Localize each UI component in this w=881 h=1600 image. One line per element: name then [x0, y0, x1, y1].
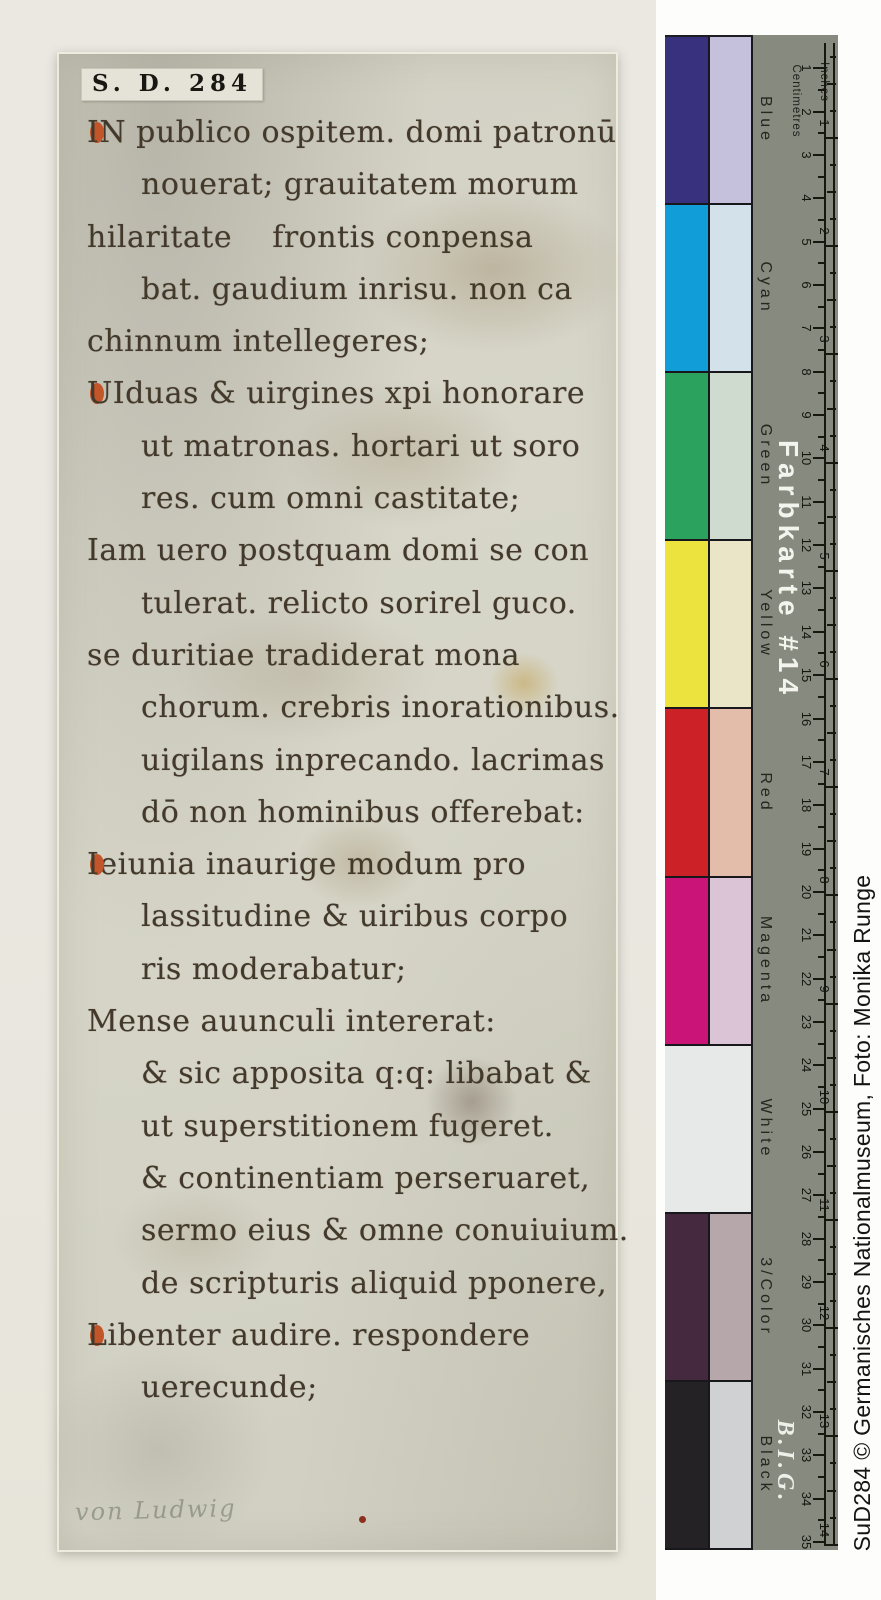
inch-tick	[827, 1165, 836, 1167]
manuscript-line: hilaritate frontis conpensa	[59, 212, 616, 264]
cm-tick	[813, 1238, 824, 1240]
cm-tick	[818, 1476, 824, 1478]
inch-tick	[824, 245, 838, 247]
cm-number: 17	[800, 755, 813, 769]
cm-tick	[818, 913, 824, 915]
cm-number: 14	[800, 625, 813, 639]
swatch-label: White	[756, 1098, 774, 1159]
manuscript-line: bat. gaudium inrisu. non ca	[59, 264, 616, 316]
inch-number: 12	[818, 1306, 831, 1320]
cm-tick	[818, 566, 824, 568]
cm-tick	[818, 1086, 824, 1088]
inch-tick	[827, 624, 836, 626]
inch-tick	[830, 1246, 836, 1248]
cm-tick	[818, 262, 824, 264]
cm-number: 29	[800, 1275, 813, 1289]
inch-tick	[824, 1111, 838, 1113]
inch-tick	[830, 543, 836, 545]
manuscript-line: ut superstitionem fugeret.	[59, 1101, 616, 1153]
manuscript-line: Libenter audire. respondere	[59, 1310, 616, 1362]
cm-tick	[813, 848, 824, 850]
swatch-label: Blue	[756, 96, 774, 144]
cm-number: 30	[800, 1318, 813, 1332]
cm-number: 12	[800, 538, 813, 552]
cm-number: 32	[800, 1405, 813, 1419]
cm-tick	[813, 804, 824, 806]
cm-tick	[818, 89, 824, 91]
shelfmark-label: S. D. 284	[81, 68, 263, 101]
cm-tick	[813, 1498, 824, 1500]
inch-tick	[830, 435, 836, 437]
color-calibration-card: Farbkarte #14 B.I.G. Inches Centimetres …	[665, 35, 838, 1550]
manuscript-line: de scripturis aliquid pponere,	[59, 1258, 616, 1310]
inch-tick	[830, 921, 836, 923]
swatch-label: Red	[756, 772, 774, 813]
inch-tick	[827, 949, 836, 951]
cm-number: 11	[800, 495, 813, 509]
cm-number: 9	[800, 411, 813, 418]
cm-tick	[818, 479, 824, 481]
cm-number: 28	[800, 1231, 813, 1245]
inch-tick	[830, 1300, 836, 1302]
inch-tick	[824, 1003, 838, 1005]
inch-tick	[824, 786, 838, 788]
cm-tick	[818, 956, 824, 958]
inch-tick	[827, 408, 836, 410]
inch-tick	[830, 56, 836, 58]
inch-tick	[824, 1544, 838, 1546]
manuscript-line: ris moderabatur;	[59, 944, 616, 996]
inch-tick	[830, 759, 836, 761]
cm-number: 27	[800, 1188, 813, 1202]
inch-tick	[830, 1030, 836, 1032]
cm-tick	[818, 1129, 824, 1131]
cm-tick	[813, 197, 824, 199]
cm-tick	[818, 1173, 824, 1175]
cm-tick	[818, 1519, 824, 1521]
cm-tick	[818, 1389, 824, 1391]
inch-tick	[830, 1408, 836, 1410]
inch-number: 1	[818, 119, 831, 126]
inch-tick	[827, 299, 836, 301]
pencil-note: von Ludwig	[75, 1486, 556, 1527]
cm-tick	[818, 739, 824, 741]
inch-number: 14	[818, 1522, 831, 1536]
inch-number: 2	[818, 228, 831, 235]
inch-tick	[830, 380, 836, 382]
cm-tick	[818, 826, 824, 828]
inch-number: 7	[818, 769, 831, 776]
manuscript-line: Ieiunia inaurige modum pro	[59, 839, 616, 891]
cm-number: 19	[800, 841, 813, 855]
cm-number: 4	[800, 195, 813, 202]
cm-tick	[818, 1346, 824, 1348]
inch-tick	[827, 1381, 836, 1383]
cm-tick	[818, 392, 824, 394]
inch-tick	[827, 516, 836, 518]
cm-number: 15	[800, 668, 813, 682]
inch-tick	[830, 489, 836, 491]
cm-number: 10	[800, 451, 813, 465]
cm-tick	[813, 1108, 824, 1110]
cm-number: 31	[800, 1362, 813, 1376]
inch-tick	[827, 1057, 836, 1059]
cm-number: 13	[800, 581, 813, 595]
inch-tick	[830, 1084, 836, 1086]
cm-number: 23	[800, 1015, 813, 1029]
cm-number: 2	[800, 108, 813, 115]
inch-number: 13	[818, 1414, 831, 1428]
cm-number: 18	[800, 798, 813, 812]
manuscript-line: IN publico ospitem. domi patronū	[59, 107, 616, 159]
manuscript-line: nouerat; grauitatem morum	[59, 159, 616, 211]
cm-tick	[813, 241, 824, 243]
cm-number: 7	[800, 325, 813, 332]
inch-tick	[827, 840, 836, 842]
inch-tick	[824, 1327, 838, 1329]
inch-tick	[830, 110, 836, 112]
cm-number: 22	[800, 971, 813, 985]
cm-tick	[818, 522, 824, 524]
cm-tick	[813, 1324, 824, 1326]
inch-tick	[827, 191, 836, 193]
cm-tick	[818, 609, 824, 611]
inch-tick	[824, 353, 838, 355]
cm-tick	[813, 67, 824, 69]
manuscript-text: IN publico ospitem. domi patronūnouerat;…	[59, 107, 616, 1414]
inch-tick	[830, 1517, 836, 1519]
cm-tick	[813, 284, 824, 286]
inch-tick	[824, 570, 838, 572]
manuscript-line: chorum. crebris inorationibus.	[59, 682, 616, 734]
cm-number: 25	[800, 1101, 813, 1115]
photo-credit: SuD284 © Germanisches Nationalmuseum, Fo…	[849, 875, 875, 1552]
inch-tick	[824, 678, 838, 680]
inch-tick	[830, 1192, 836, 1194]
cm-tick	[818, 1216, 824, 1218]
swatch-label: Yellow	[756, 590, 774, 660]
red-initial: U	[87, 368, 113, 420]
cm-number: 33	[800, 1448, 813, 1462]
cm-tick	[813, 501, 824, 503]
cm-tick	[813, 1151, 824, 1153]
cm-tick	[813, 674, 824, 676]
cm-tick	[813, 457, 824, 459]
inch-tick	[830, 326, 836, 328]
inch-number: 11	[818, 1198, 831, 1212]
cm-tick	[813, 978, 824, 980]
cm-tick	[818, 306, 824, 308]
cm-tick	[818, 783, 824, 785]
inch-tick	[830, 976, 836, 978]
cm-number: 16	[800, 711, 813, 725]
cm-tick	[813, 1368, 824, 1370]
cm-tick	[818, 349, 824, 351]
manuscript-line: Mense auunculi intererat:	[59, 996, 616, 1048]
manuscript-line: sermo eius & omne conuiuium.	[59, 1205, 616, 1257]
manuscript-line: chinnum intellegeres;	[59, 316, 616, 368]
swatch-label: Green	[756, 424, 774, 488]
inch-number: 4	[818, 444, 831, 451]
cm-tick	[813, 154, 824, 156]
inch-tick	[824, 1435, 838, 1437]
swatch-label: 3/Color	[756, 1257, 774, 1337]
inch-number: 5	[818, 552, 831, 559]
inch-tick	[830, 651, 836, 653]
cm-tick	[813, 587, 824, 589]
inch-tick	[824, 137, 838, 139]
cm-tick	[818, 1043, 824, 1045]
inch-tick	[830, 1462, 836, 1464]
inch-tick	[827, 1490, 836, 1492]
cm-tick	[813, 1454, 824, 1456]
swatch-label: Black	[756, 1435, 774, 1494]
cm-tick	[818, 869, 824, 871]
inch-tick	[827, 732, 836, 734]
inch-tick	[830, 164, 836, 166]
cm-number: 5	[800, 238, 813, 245]
manuscript-line: UIduas & uirgines xpi honorare	[59, 368, 616, 420]
cm-tick	[813, 1281, 824, 1283]
cm-number: 3	[800, 151, 813, 158]
cm-tick	[813, 371, 824, 373]
manuscript-line: dō non hominibus offerebat:	[59, 787, 616, 839]
cm-tick	[813, 631, 824, 633]
cm-tick	[813, 327, 824, 329]
manuscript-line: uigilans inprecando. lacrimas	[59, 735, 616, 787]
inch-tick	[830, 218, 836, 220]
manuscript-line: uerecunde;	[59, 1362, 616, 1414]
cm-number: 8	[800, 368, 813, 375]
cm-tick	[813, 1021, 824, 1023]
manuscript-fragment: S. D. 284 IN publico ospitem. domi patro…	[57, 52, 618, 1552]
red-initial: I	[87, 107, 99, 159]
cm-number: 26	[800, 1145, 813, 1159]
inch-tick	[824, 894, 838, 896]
inch-tick	[824, 1219, 838, 1221]
cm-tick	[818, 1259, 824, 1261]
inch-tick	[830, 705, 836, 707]
manuscript-line: res. cum omni castitate;	[59, 473, 616, 525]
inch-tick	[830, 272, 836, 274]
cm-tick	[813, 761, 824, 763]
inch-tick	[830, 597, 836, 599]
red-speck	[359, 1516, 366, 1523]
manuscript-line: Iam uero postquam domi se con	[59, 525, 616, 577]
cm-tick	[813, 1541, 824, 1543]
swatch-label: Magenta	[756, 915, 774, 1005]
inch-scale-line	[833, 43, 835, 1545]
cm-tick	[813, 111, 824, 113]
manuscript-line: lassitudine & uiribus corpo	[59, 891, 616, 943]
cm-tick	[813, 544, 824, 546]
manuscript-line: se duritiae tradiderat mona	[59, 630, 616, 682]
cm-number: 21	[800, 928, 813, 942]
cm-number: 34	[800, 1492, 813, 1506]
cm-tick	[813, 1064, 824, 1066]
inch-tick	[830, 813, 836, 815]
inch-tick	[824, 462, 838, 464]
cm-tick	[818, 696, 824, 698]
cm-tick	[818, 132, 824, 134]
cm-tick	[818, 436, 824, 438]
manuscript-line: tulerat. relicto sorirel guco.	[59, 578, 616, 630]
swatch-label: Cyan	[756, 261, 774, 314]
cm-tick	[818, 652, 824, 654]
inch-tick	[830, 867, 836, 869]
cm-tick	[813, 1194, 824, 1196]
inch-number: 8	[818, 877, 831, 884]
cm-tick	[813, 891, 824, 893]
cm-tick	[818, 1303, 824, 1305]
cm-number: 6	[800, 281, 813, 288]
red-initial: I	[87, 839, 99, 891]
cm-tick	[813, 934, 824, 936]
manuscript-line: & continentiam perseruaret,	[59, 1153, 616, 1205]
inch-number: 9	[818, 985, 831, 992]
cm-tick	[818, 999, 824, 1001]
inch-tick	[827, 83, 836, 85]
cm-number: 24	[800, 1058, 813, 1072]
cm-number: 20	[800, 885, 813, 899]
cm-tick	[813, 718, 824, 720]
cm-tick	[818, 176, 824, 178]
cm-tick	[818, 219, 824, 221]
ruler: 1234567891011121314151617181920212223242…	[665, 35, 838, 1550]
inch-number: 10	[818, 1090, 831, 1104]
inch-number: 3	[818, 336, 831, 343]
inch-tick	[827, 1273, 836, 1275]
cm-number: 1	[800, 65, 813, 72]
red-initial: L	[87, 1310, 107, 1362]
inch-tick	[830, 1138, 836, 1140]
cm-tick	[813, 414, 824, 416]
inch-tick	[830, 1354, 836, 1356]
manuscript-line: & sic apposita q:q: libabat &	[59, 1048, 616, 1100]
manuscript-line: ut matronas. hortari ut soro	[59, 421, 616, 473]
inch-number: 6	[818, 660, 831, 667]
cm-number: 35	[800, 1535, 813, 1549]
